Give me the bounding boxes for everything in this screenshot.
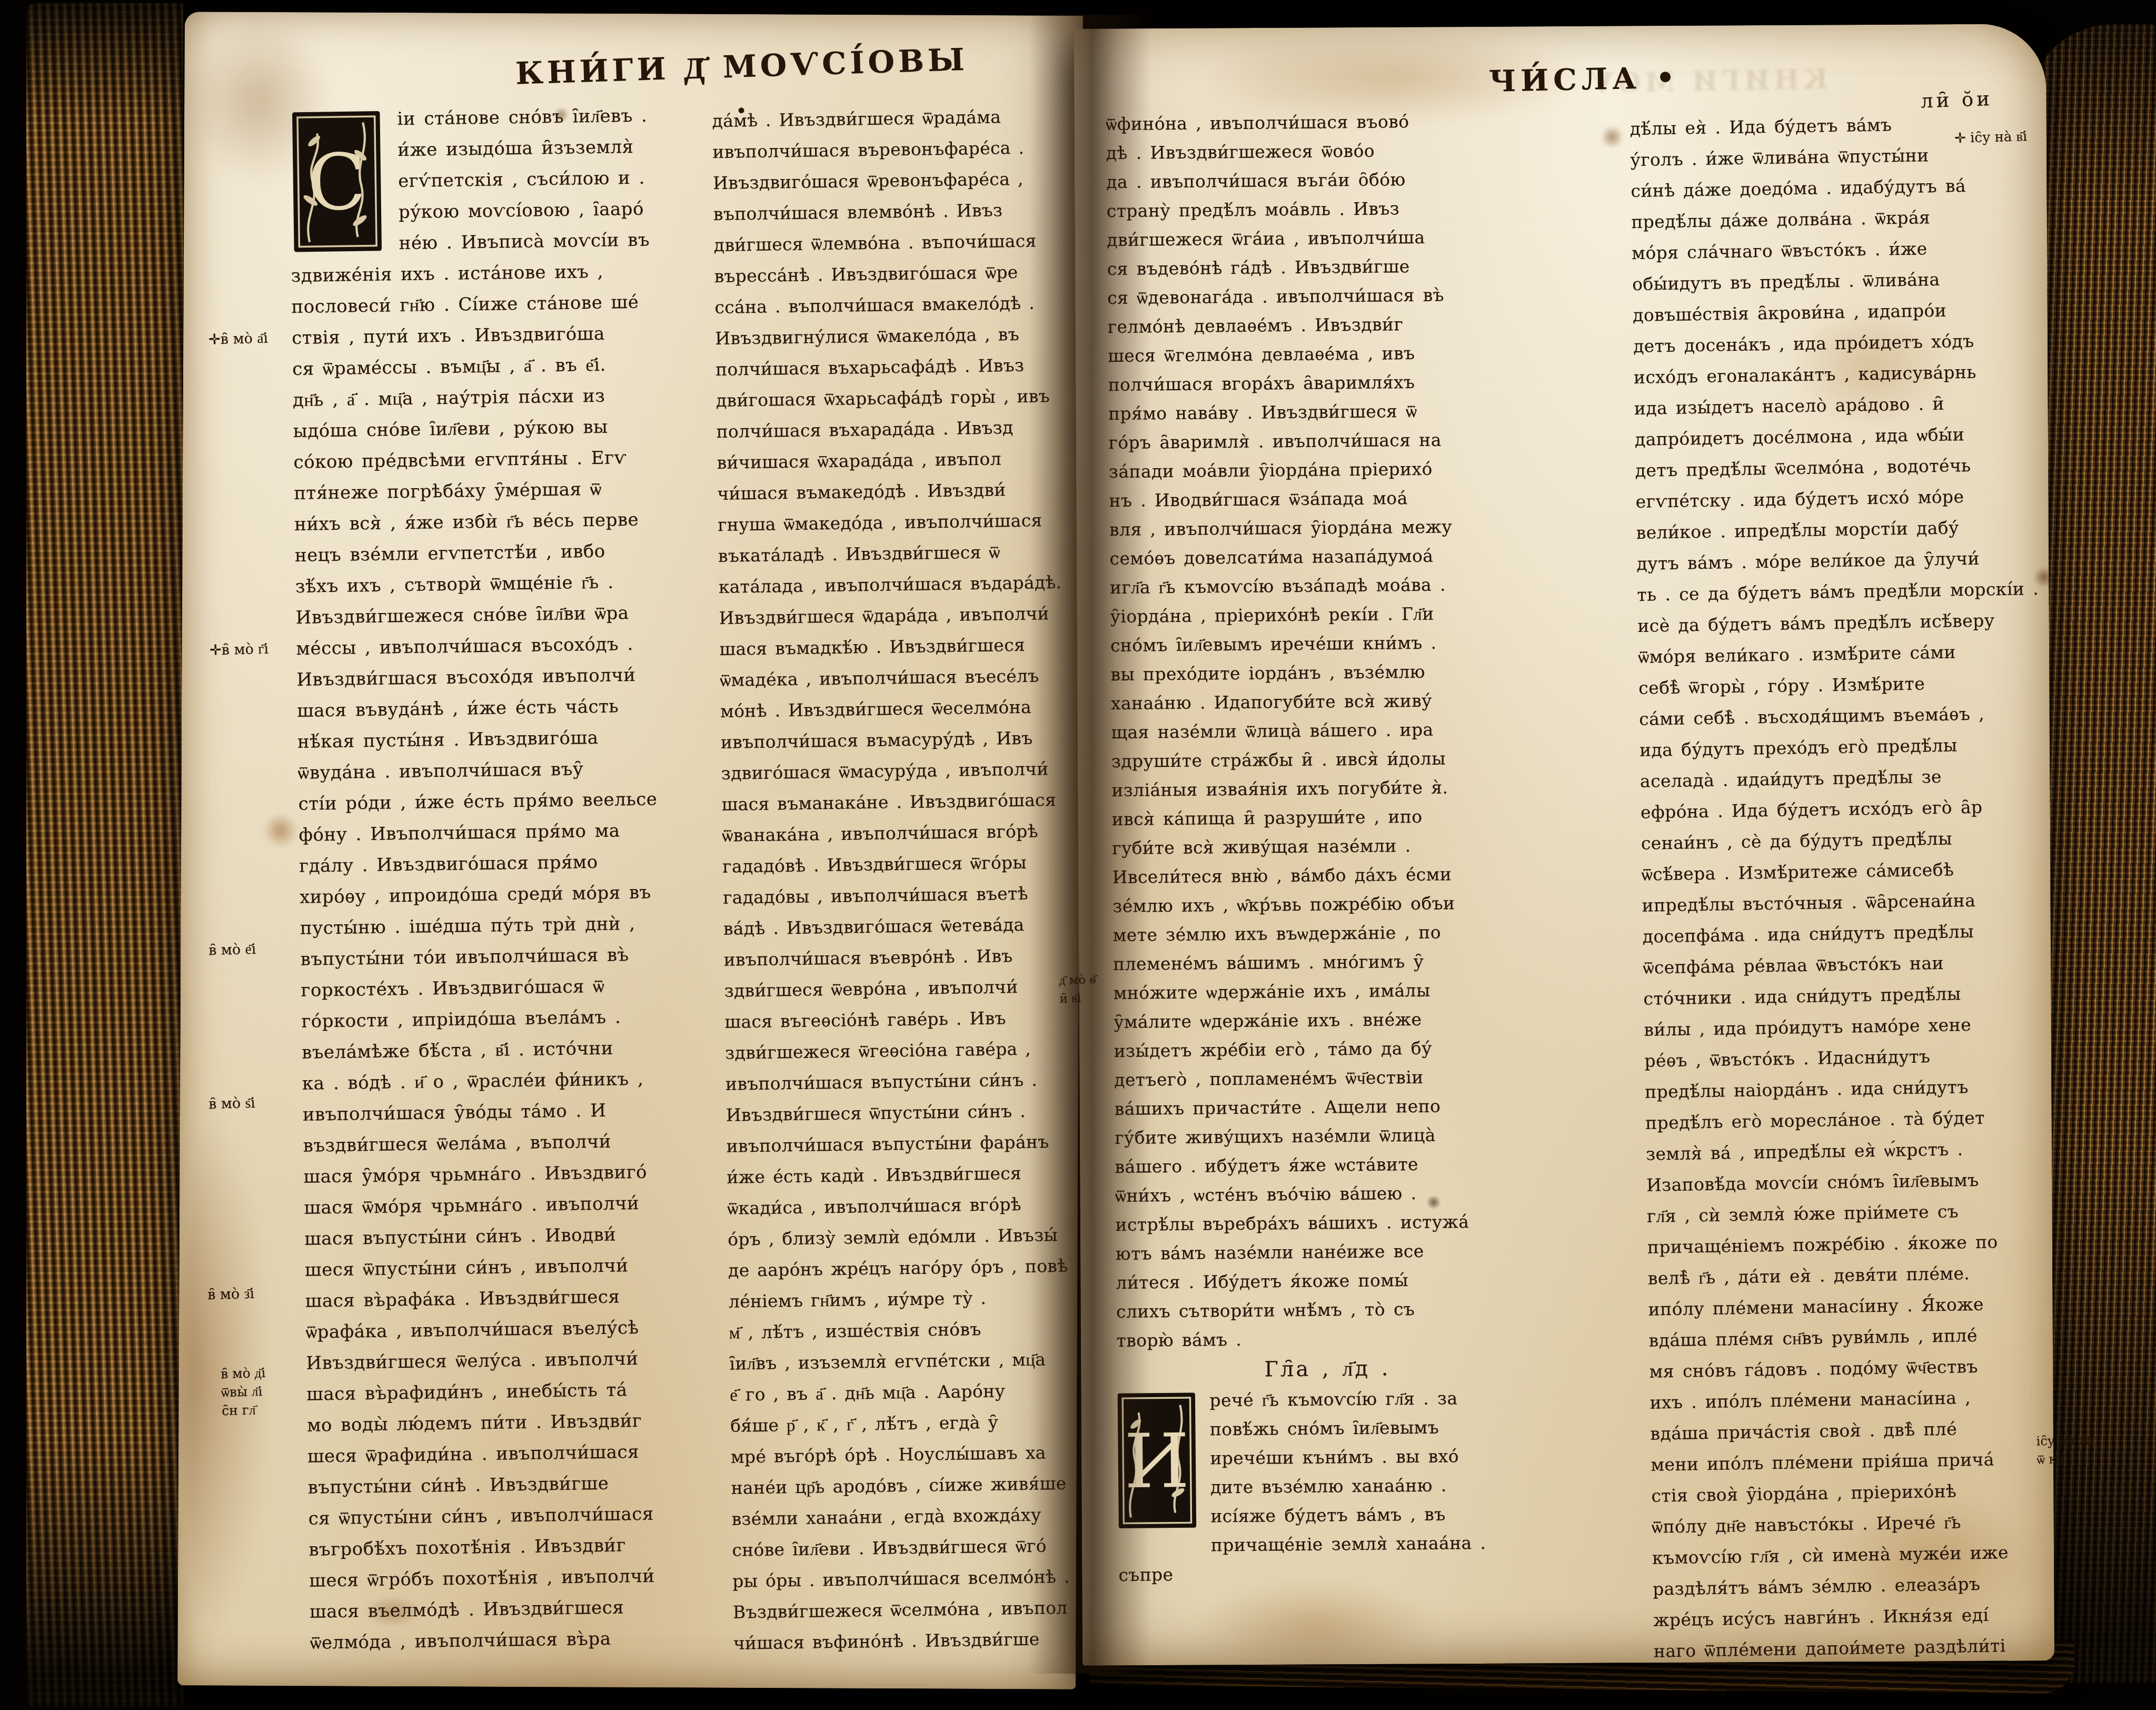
right-column-2: дѣ́лы ея̀ . Ида бу́детъ ва́мъ у́голъ . и… — [1630, 106, 2081, 1666]
left-column-1: Сіи ста́нове сно́въ і̑ил҃евъ . и́же изыд… — [289, 100, 731, 1659]
left-column-1-text: іи ста́нове сно́въ і̑ил҃евъ . и́же изыдо… — [291, 105, 657, 1653]
margin-note-joshua-ref: ✛ іс̑у на̀ в҃і — [1954, 127, 2028, 148]
chapter-opening-text: рече́ г҃ь къмоѵсі́ю гл҃я . за повѣ́жь сн… — [1209, 1388, 1459, 1526]
margin-note-exodus-ref: в̑ мо̀ е҃і — [208, 940, 256, 960]
margin-note-exodus-ref: ✛в̑ мо̀ а҃і — [208, 329, 269, 349]
margin-note-gutter: д҃ мо̀ ѳ҃ и̑ в҃і — [1059, 971, 1096, 1009]
left-column-2: да́мѣ . Ивъздви́гшеся ѿрада́ма ивъполчи́… — [712, 100, 1103, 1659]
ornate-initial-icon: И — [1117, 1391, 1197, 1530]
chapter-opening: Ирече́ г҃ь къмоѵсі́ю гл҃я . за повѣ́жь с… — [1117, 1383, 1539, 1531]
dropcap-initial-right: И — [1117, 1391, 1197, 1530]
margin-note-joshua-ref: іс̑у на̀ л҃д ѿ ка̑ — [2036, 1431, 2093, 1469]
right-running-title: ЧИ́СЛА • — [1488, 60, 1680, 99]
chapter-heading: Гл̑а , л҃д . — [1117, 1351, 1538, 1387]
svg-text:С: С — [306, 137, 367, 228]
margin-note-exodus-ref: в̑ мо̀ з҃і — [207, 1284, 255, 1304]
margin-note-exodus-ref: в̑ мо̀ ѕ҃і — [208, 1094, 256, 1113]
right-column-1-lastline: причаще́ніе земля̀ ханаа́на . съпре — [1118, 1528, 1540, 1589]
margin-note-block: в̑ мо̀ д҃і ѿвы̀ л҃і с̑н гл҃ — [221, 1363, 267, 1420]
book-photo: КНИ́ГИ Д҃ МОѴСІ́ОВЫ . ЧИ́СЛА • ли̑ о̆и К… — [0, 0, 2156, 1710]
right-column-1-text: ѿфино́на , ивъполчи́шася въово́ дѣ . Ивъ… — [1106, 106, 1538, 1355]
svg-text:И: И — [1124, 1418, 1190, 1505]
left-page-edges — [26, 3, 183, 1707]
dropcap-initial-left: С — [290, 111, 384, 253]
ornate-initial-icon: С — [290, 111, 384, 253]
right-column-1: ѿфино́на , ивъполчи́шася въово́ дѣ . Ивъ… — [1106, 106, 1539, 1589]
margin-note-exodus-ref: ✛в̑ мо̀ г҃і — [210, 639, 269, 659]
